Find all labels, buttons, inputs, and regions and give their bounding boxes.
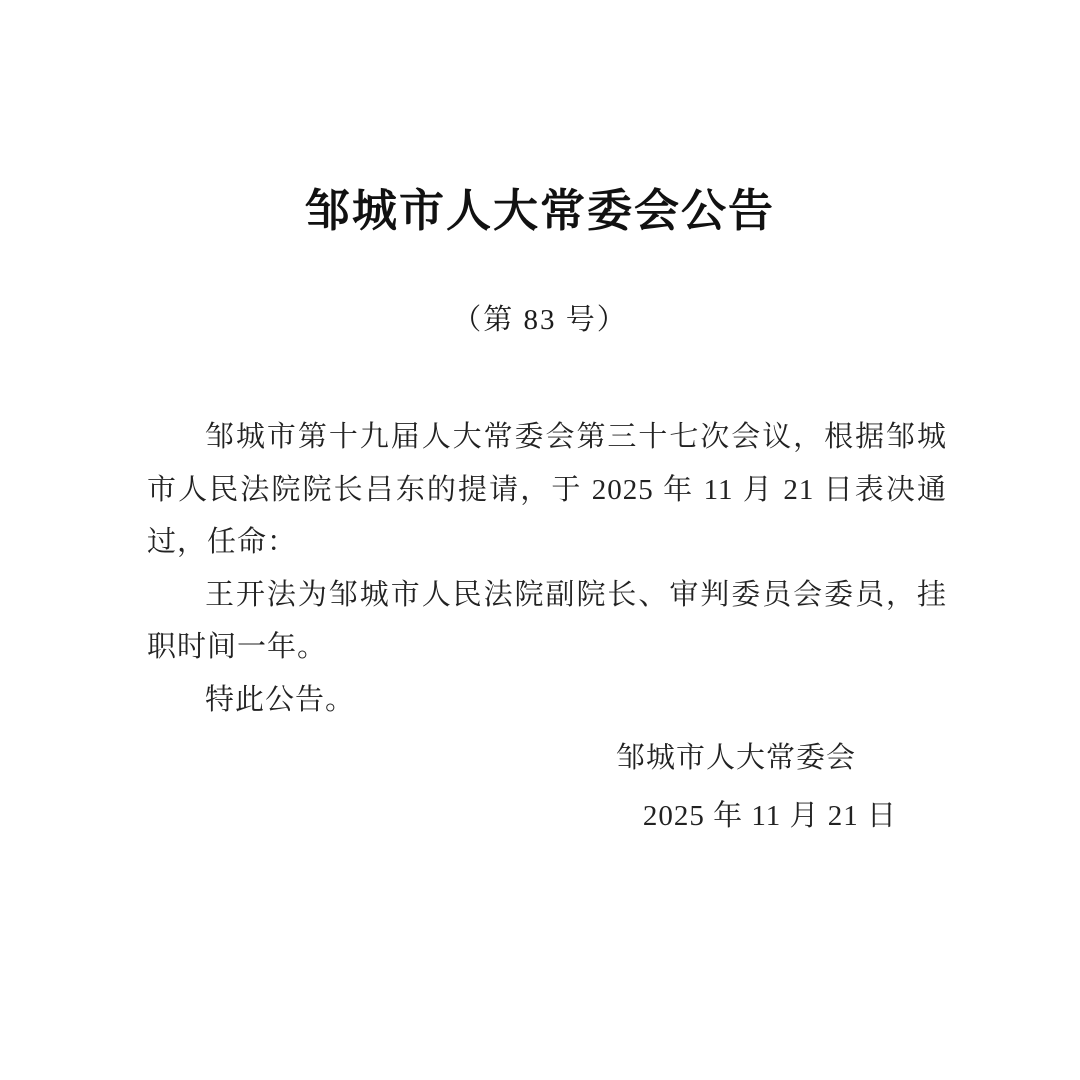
document-title: 邹城市人大常委会公告 [0,189,1080,234]
body-paragraph-appointment: 王开法为邹城市人民法院副院长、审判委员会委员，挂职时间一年。 [147,569,947,674]
issue-date: 2025 年 11 月 21 日 [643,801,897,833]
issuer-signature: 邹城市人大常委会 [616,743,856,775]
document-number: （第 83 号） [0,306,1080,335]
document-body: 邹城市第十九届人大常委会第三十七次会议，根据邹城市人民法院院长吕东的提请，于 2… [147,411,947,726]
body-paragraph-closing: 特此公告。 [147,674,947,727]
body-paragraph-resolution: 邹城市第十九届人大常委会第三十七次会议，根据邹城市人民法院院长吕东的提请，于 2… [147,411,947,569]
announcement-page: 邹城市人大常委会公告 （第 83 号） 邹城市第十九届人大常委会第三十七次会议，… [0,0,1080,1080]
